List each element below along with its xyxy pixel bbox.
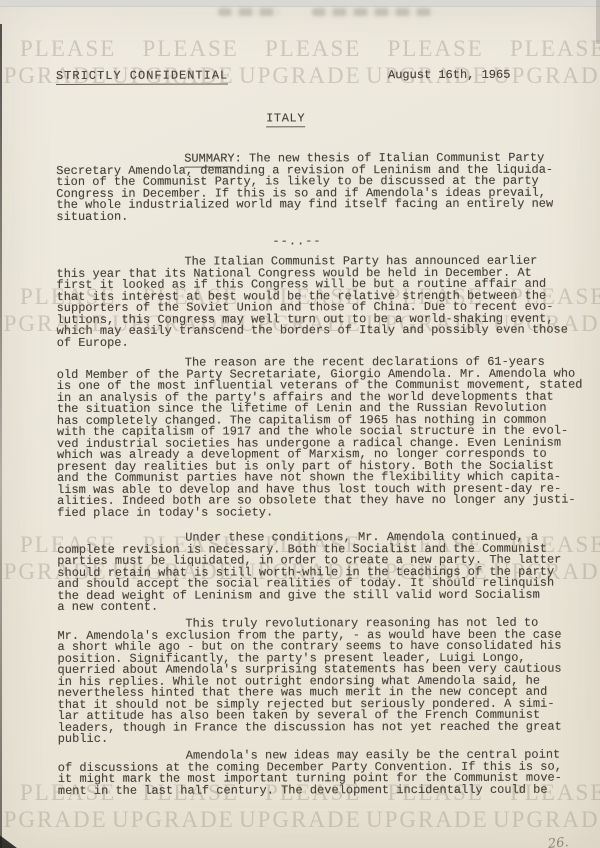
handwritten-page-number: 26. (547, 835, 569, 848)
text-line: fied place in today's society. (57, 506, 587, 519)
paragraph-2: The reason are the recent declarations o… (57, 357, 587, 519)
section-separator: --..-- (272, 236, 321, 248)
paragraph-3: Under these conditions, Mr. Amendola con… (57, 532, 587, 614)
paragraph-5: Amendola's new ideas may easily be the c… (58, 750, 588, 797)
document-date: August 16th, 1965 (388, 70, 510, 82)
classification-text: STRICTLY CONFIDENTIAL (56, 69, 228, 85)
page-title-text: ITALY (266, 111, 305, 127)
text-line: the whole industrialized world may find … (56, 199, 586, 212)
paragraph-1: The Italian Communist Party has announce… (56, 256, 586, 349)
summary-body: Secretary Amendola, demanding a revision… (56, 164, 586, 223)
text-line: of Europe. (57, 336, 587, 349)
page-title: ITALY (266, 113, 305, 125)
text-line: which may easily transcend the borders o… (57, 325, 587, 338)
summary-paragraph: SUMMARY: The new thesis of Italian Commu… (56, 153, 586, 223)
text-line: public. (58, 733, 588, 746)
paragraph-4: This truly revolutionary reasoning has n… (57, 618, 587, 746)
text-line: situation. (56, 210, 586, 223)
classification-stamp: STRICTLY CONFIDENTIAL (56, 71, 228, 83)
typewritten-content: STRICTLY CONFIDENTIAL August 16th, 1965 … (0, 0, 600, 848)
scanned-document-page: PLEASEUPGRADEPLEASEUPGRADEPLEASEUPGRADEP… (0, 0, 600, 848)
text-line: ment in the last half century. The devel… (58, 784, 588, 797)
text-line: leaders, though in France the discussion… (58, 721, 588, 734)
text-line: a new content. (57, 601, 587, 614)
